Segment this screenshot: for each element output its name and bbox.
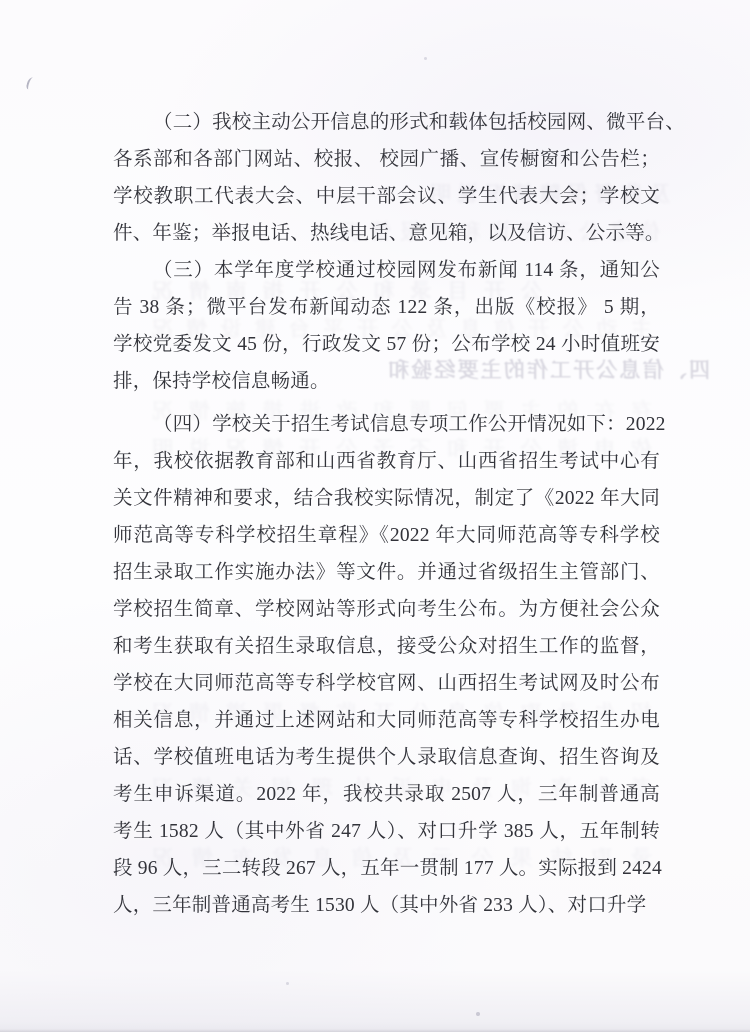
text-line: 招生录取工作实施办法》等文件。并通过省级招生主管部门、 (113, 554, 660, 591)
text-line: 各系部和各部门网站、校报、 校园广播、宣传橱窗和公告栏； (113, 141, 660, 178)
text-line: 告 38 条；微平台发布新闻动态 122 条，出版《校报》 5 期， (113, 289, 660, 326)
text-line: 段 96 人，三二转段 267 人，五年一贯制 177 人。实际报到 2424 (113, 850, 660, 887)
text-line: 师范高等专科学校招生章程》《2022 年大同师范高等专科学校 (113, 517, 660, 554)
document-body: （二）我校主动公开信息的形式和载体包括校园网、微平台、 各系部和各部门网站、校报… (113, 104, 660, 924)
text-line: 话、学校值班电话为考生提供个人录取信息查询、招生咨询及 (113, 739, 660, 776)
text-line: 相关信息，并通过上述网站和大同师范高等专科学校招生办电 (113, 702, 660, 739)
scan-speck (424, 57, 427, 60)
document-page: 及监督保障情况说明 信息公开评议和举报情况 公开目录和公开指南情况 主动公开信息… (0, 0, 750, 1032)
text-line: 考生申诉渠道。2022 年，我校共录取 2507 人，三年制普通高 (113, 776, 660, 813)
text-line: 学校招生简章、学校网站等形式向考生公布。为方便社会公众 (113, 591, 660, 628)
text-line: 年，我校依据教育部和山西省教育厅、山西省招生考试中心有 (113, 443, 660, 480)
text-line: 学校教职工代表大会、中层干部会议、学生代表大会；学校文 (113, 178, 660, 215)
text-line: 考生 1582 人（其中外省 247 人）、对口升学 385 人，五年制转 (113, 813, 660, 850)
text-line: 件、年鉴；举报电话、热线电话、意见箱，以及信访、公示等。 (113, 215, 660, 252)
text-line: 学校党委发文 45 份，行政发文 57 份；公布学校 24 小时值班安 (113, 326, 660, 363)
text-line: 关文件精神和要求，结合我校实际情况，制定了《2022 年大同 (113, 480, 660, 517)
text-line: （二）我校主动公开信息的形式和载体包括校园网、微平台、 (113, 104, 660, 141)
text-line: （三）本学年度学校通过校园网发布新闻 114 条，通知公 (113, 252, 660, 289)
text-line: 和考生获取有关招生录取信息，接受公众对招生工作的监督， (113, 628, 660, 665)
pen-mark (26, 76, 37, 91)
text-line: 排，保持学校信息畅通。 (113, 363, 660, 400)
scan-speck (286, 982, 289, 985)
text-line: 人，三年制普通高考生 1530 人（其中外省 233 人）、对口升学 (113, 887, 660, 924)
text-line: （四）学校关于招生考试信息专项工作公开情况如下：2022 (113, 406, 660, 443)
text-line: 学校在大同师范高等专科学校官网、山西招生考试网及时公布 (113, 665, 660, 702)
scan-speck (476, 1012, 480, 1016)
